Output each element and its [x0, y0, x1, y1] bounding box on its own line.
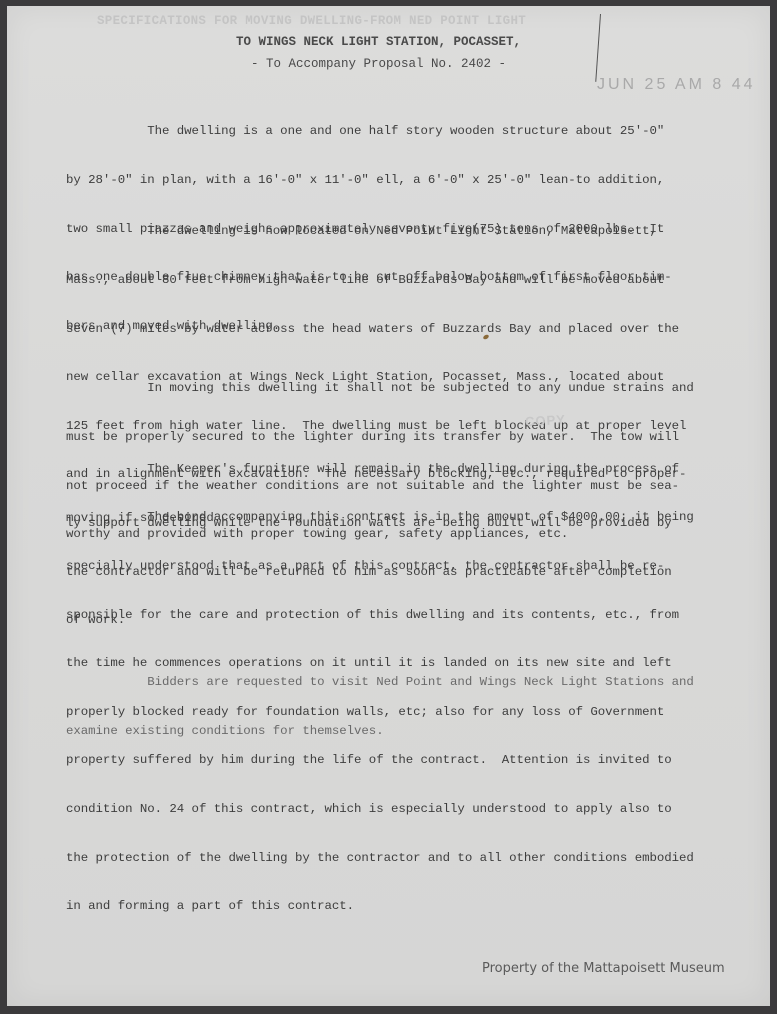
paragraph-line: Mass., about 80 feet from high water lin…	[66, 272, 756, 288]
paragraph-line: seven (7) miles by water across the head…	[66, 321, 756, 337]
paragraph-line: Bidders are requested to visit Ned Point…	[66, 674, 756, 690]
paragraph-line: condition No. 24 of this contract, which…	[66, 801, 756, 817]
paragraph-line: by 28'-0" in plan, with a 16'-0" x 11'-0…	[66, 172, 756, 188]
faded-header-text: SPECIFICATIONS FOR MOVING DWELLING-FROM …	[97, 14, 697, 28]
paragraph-line: sponsible for the care and protection of…	[66, 607, 756, 623]
document-page: SPECIFICATIONS FOR MOVING DWELLING-FROM …	[7, 6, 770, 1006]
paragraph-line: In moving this dwelling it shall not be …	[66, 380, 756, 396]
document-subtitle: - To Accompany Proposal No. 2402 -	[0, 57, 760, 71]
paragraph-line: specially understood that as a part of t…	[66, 558, 756, 574]
paragraph-line: The bond accompanying this contract is i…	[66, 509, 756, 525]
museum-watermark: Property of the Mattapoisett Museum	[482, 961, 725, 976]
paragraph-line: examine existing conditions for themselv…	[66, 723, 756, 739]
paragraph-line: The dwelling is now located on Ned Point…	[66, 223, 756, 239]
paragraph-line: the protection of the dwelling by the co…	[66, 850, 756, 866]
copy-stamp: COPY	[525, 412, 567, 429]
document-title: TO WINGS NECK LIGHT STATION, POCASSET,	[0, 35, 760, 49]
paragraph-line: The dwelling is a one and one half story…	[66, 123, 756, 139]
paragraph-6: Bidders are requested to visit Ned Point…	[66, 642, 756, 772]
paragraph-line: The Keeper's furniture will remain in th…	[66, 461, 756, 477]
paragraph-line: in and forming a part of this contract.	[66, 898, 756, 914]
